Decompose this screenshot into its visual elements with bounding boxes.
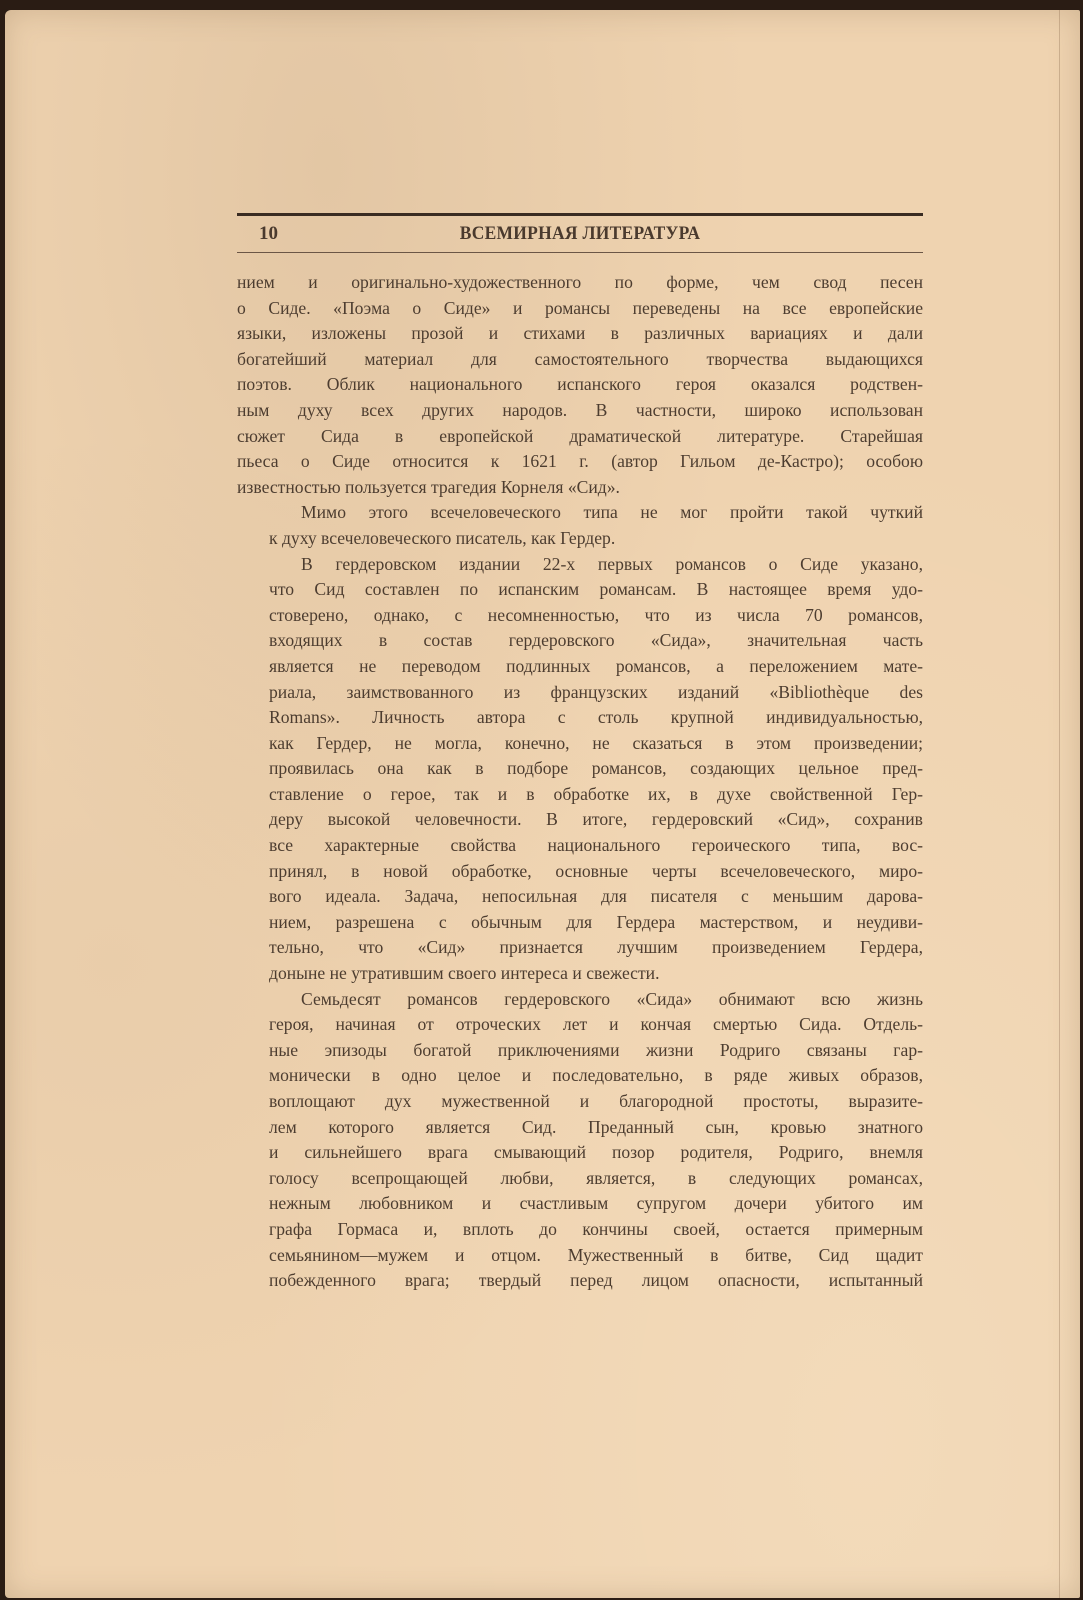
text-line: Семьдесят романсов гердеровского «Сида» … [237,987,923,1013]
paragraph: Мимо этого всечеловеческого типа не мог … [237,500,923,551]
text-line: графа Гормаса и, вплоть до кончины своей… [237,1217,923,1243]
journal-title: ВСЕМИРНАЯ ЛИТЕРАТУРА [264,223,895,245]
text-line: проявилась она как в подборе романсов, с… [237,756,923,782]
text-line: стоверено, однако, с несомненностью, что… [237,603,923,629]
text-line: нежным любовником и счастливым супругом … [237,1191,923,1217]
text-line: как Гердер, не могла, конечно, не сказат… [237,731,923,757]
text-line: является не переводом подлинных романсов… [237,654,923,680]
text-line: героя, начиная от отроческих лет и конча… [237,1012,923,1038]
text-line: ставление о герое, так и в обработке их,… [237,782,923,808]
paragraph: нием и оригинально-художественного по фо… [237,270,923,500]
article-body: нием и оригинально-художественного по фо… [237,270,923,1294]
text-line: нием и оригинально-художественного по фо… [237,270,923,296]
text-line: доныне не утратившим своего интереса и с… [237,961,923,987]
text-line: о Сиде. «Поэма о Сиде» и романсы перевед… [237,296,923,322]
text-line: риала, заимствованного из французских из… [237,680,923,706]
text-line: семьянином—мужем и отцом. Мужественный в… [237,1243,923,1269]
paragraph: В гердеровском издании 22-х первых роман… [237,552,923,987]
text-line: монически в одно целое и последовательно… [237,1063,923,1089]
text-line: поэтов. Облик национального испанского г… [237,372,923,398]
text-line: к духу всечеловеческого писатель, как Ге… [237,526,923,552]
text-line: все характерные свойства национального г… [237,833,923,859]
text-line: тельно, что «Сид» признается лучшим прои… [237,935,923,961]
text-line: известностью пользуется трагедия Корнеля… [237,475,923,501]
text-line: нием, разрешена с обычным для Гердера ма… [237,910,923,936]
text-line: Romans». Личность автора с столь крупной… [237,705,923,731]
text-line: принял, в новой обработке, основные черт… [237,859,923,885]
text-line: богатейший материал для самостоятельного… [237,347,923,373]
page-fold-line [1059,10,1060,1598]
running-header: 10 ВСЕМИРНАЯ ЛИТЕРАТУРА [237,213,923,253]
text-line: лем которого является Сид. Преданный сын… [237,1115,923,1141]
text-line: голосу всепрощающей любви, является, в с… [237,1166,923,1192]
text-line: деру высокой человечности. В итоге, герд… [237,807,923,833]
text-line: что Сид составлен по испанским романсам.… [237,577,923,603]
text-line: вого идеала. Задача, непосильная для пис… [237,884,923,910]
text-line: воплощают дух мужественной и благородной… [237,1089,923,1115]
text-line: входящих в состав гердеровского «Сида», … [237,628,923,654]
paragraph: Семьдесят романсов гердеровского «Сида» … [237,987,923,1294]
text-line: пьеса о Сиде относится к 1621 г. (автор … [237,449,923,475]
text-line: и сильнейшего врага смывающий позор роди… [237,1140,923,1166]
text-line: Мимо этого всечеловеческого типа не мог … [237,500,923,526]
text-line: языки, изложены прозой и стихами в разли… [237,321,923,347]
text-line: В гердеровском издании 22-х первых роман… [237,552,923,578]
text-line: побежденного врага; твердый перед лицом … [237,1268,923,1294]
text-line: сюжет Сида в европейской драматической л… [237,424,923,450]
text-line: ные эпизоды богатой приключениями жизни … [237,1038,923,1064]
text-line: ным духу всех других народов. В частност… [237,398,923,424]
